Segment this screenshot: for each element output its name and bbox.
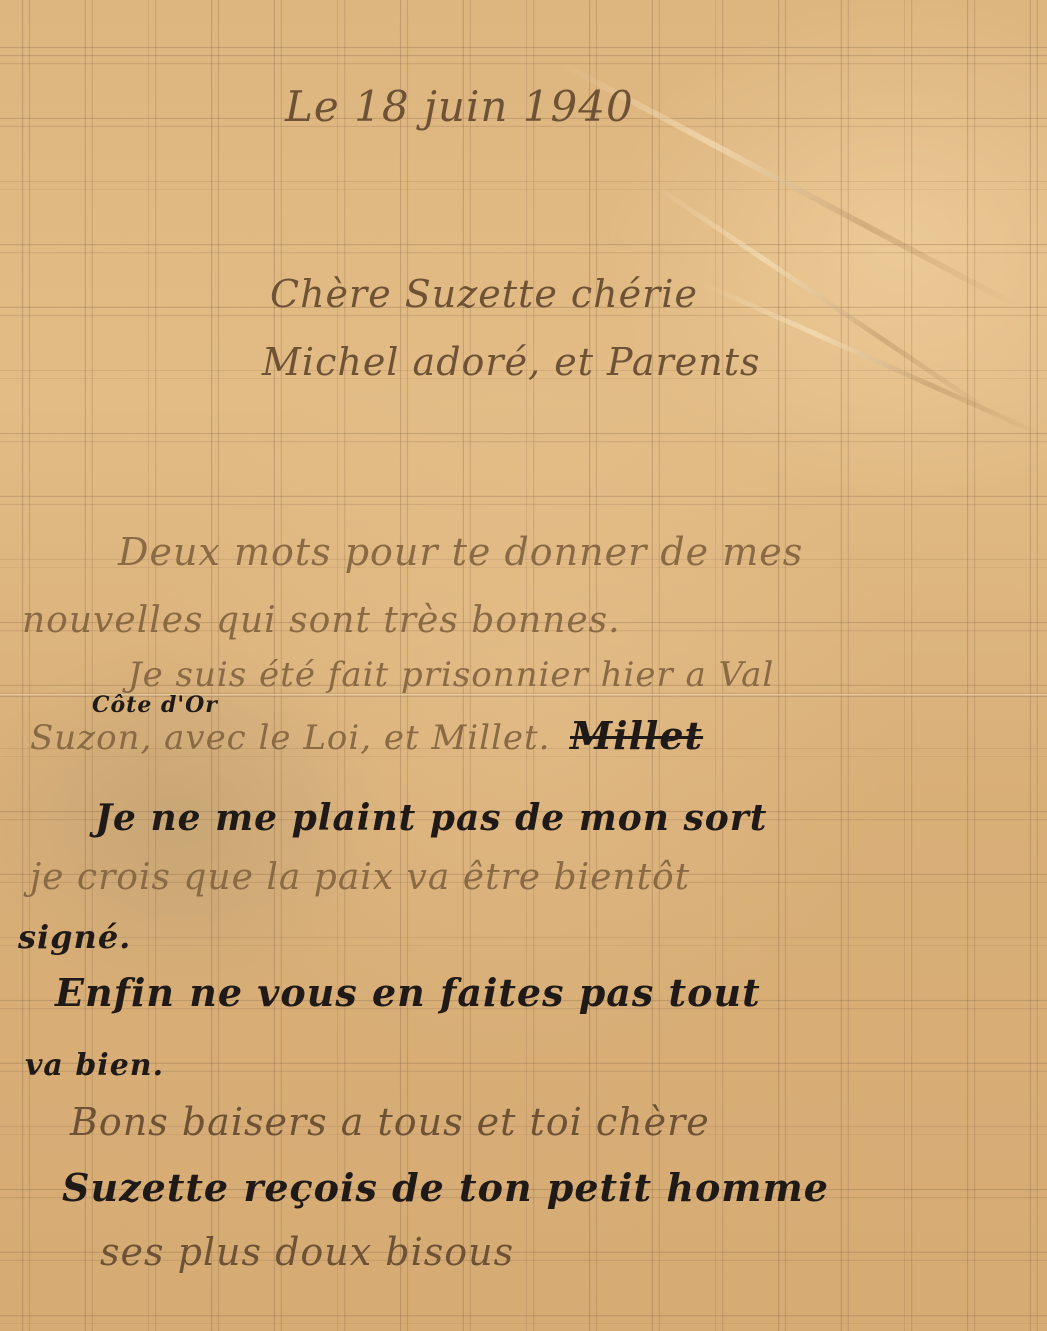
- body-line-6: je crois que la paix va être bientôt: [30, 857, 690, 898]
- letter-page: Le 18 juin 1940 Chère Suzette chérie Mic…: [0, 0, 1047, 1331]
- body-line-2: nouvelles qui sont très bonnes.: [22, 600, 621, 641]
- body-line-8: Enfin ne vous en faites pas tout: [55, 970, 761, 1015]
- body-line-10: Bons baisers a tous et toi chère: [70, 1100, 710, 1144]
- letter-date: Le 18 juin 1940: [285, 82, 634, 131]
- body-line-3: Je suis été fait prisonnier hier a Val: [128, 655, 774, 695]
- body-line-5: Je ne me plaint pas de mon sort: [95, 797, 767, 839]
- struck-word: Millet: [570, 713, 703, 758]
- salutation-line-1: Chère Suzette chérie: [270, 272, 698, 316]
- salutation-line-2: Michel adoré, et Parents: [262, 340, 760, 384]
- body-line-9: va bien.: [25, 1048, 164, 1083]
- body-line-4: Suzon, avec le Loi, et Millet.: [30, 718, 551, 758]
- body-line-11: Suzette reçois de ton petit homme: [62, 1165, 829, 1210]
- body-line-1: Deux mots pour te donner de mes: [118, 530, 803, 574]
- insertion-cote-dor: Côte d'Or: [92, 692, 218, 718]
- body-line-12: ses plus doux bisous: [100, 1230, 514, 1274]
- body-line-7: signé.: [18, 918, 131, 956]
